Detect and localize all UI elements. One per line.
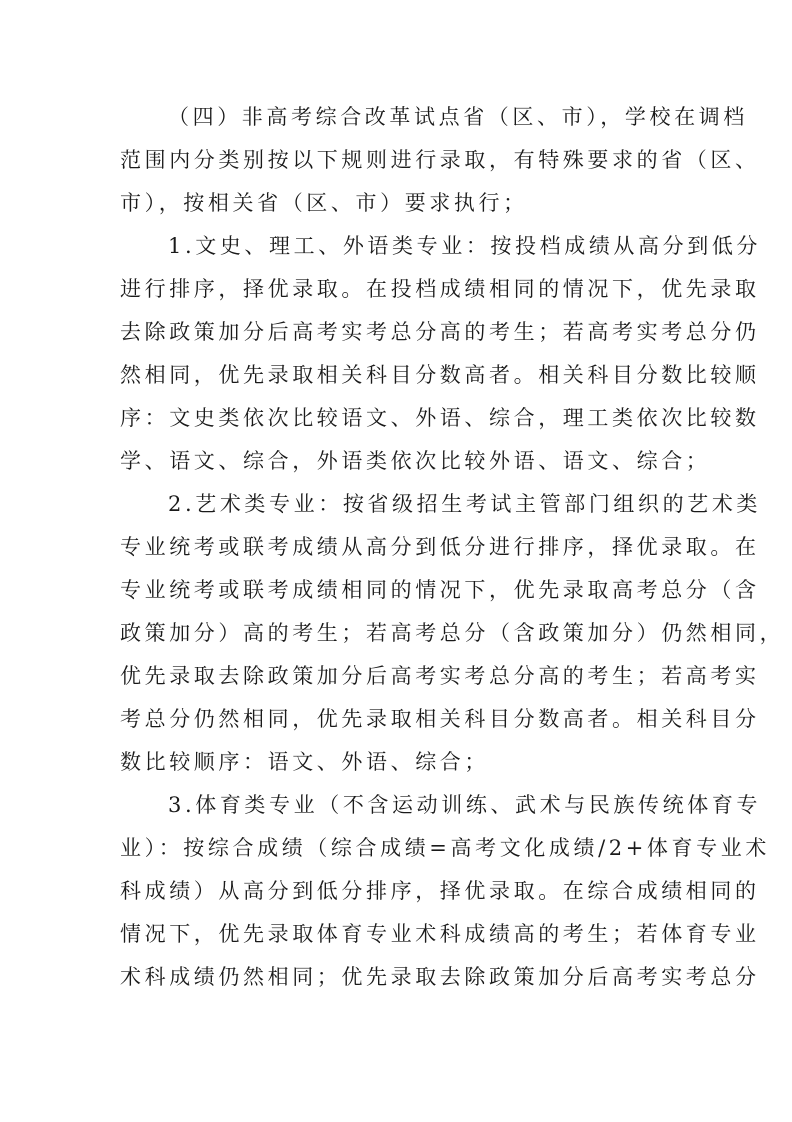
text-line: 然相同，优先录取相关科目分数高者。相关科目分数比较顺	[120, 354, 680, 397]
text-line: 科成绩）从高分到低分排序，择优录取。在综合成绩相同的	[120, 870, 680, 913]
text-line: 3.体育类专业（不含运动训练、武术与民族传统体育专	[120, 784, 680, 827]
paragraph-rule-2: 2.艺术类专业：按省级招生考试主管部门组织的艺术类 专业统考或联考成绩从高分到低…	[120, 483, 680, 784]
text-line: 术科成绩仍然相同；优先录取去除政策加分后高考实考总分	[120, 956, 680, 999]
text-line: 学、语文、综合，外语类依次比较外语、语文、综合；	[120, 440, 680, 483]
text-line: 数比较顺序：语文、外语、综合；	[120, 741, 680, 784]
text-line: 业）：按综合成绩（综合成绩=高考文化成绩/2+体育专业术	[120, 827, 680, 870]
paragraph-rule-1: 1.文史、理工、外语类专业：按投档成绩从高分到低分 进行排序，择优录取。在投档成…	[120, 225, 680, 483]
text-line: 进行排序，择优录取。在投档成绩相同的情况下，优先录取	[120, 268, 680, 311]
text-line: 优先录取去除政策加分后高考实考总分高的考生；若高考实	[120, 655, 680, 698]
text-line: 情况下，优先录取体育专业术科成绩高的考生；若体育专业	[120, 913, 680, 956]
paragraph-section-4-intro: （四）非高考综合改革试点省（区、市），学校在调档 范围内分类别按以下规则进行录取…	[120, 96, 680, 225]
text-line: 序：文史类依次比较语文、外语、综合，理工类依次比较数	[120, 397, 680, 440]
text-line: 政策加分）高的考生；若高考总分（含政策加分）仍然相同，	[120, 612, 680, 655]
paragraph-rule-3: 3.体育类专业（不含运动训练、武术与民族传统体育专 业）：按综合成绩（综合成绩=…	[120, 784, 680, 999]
document-page: （四）非高考综合改革试点省（区、市），学校在调档 范围内分类别按以下规则进行录取…	[120, 96, 680, 999]
text-line: 去除政策加分后高考实考总分高的考生；若高考实考总分仍	[120, 311, 680, 354]
text-line: 市），按相关省（区、市）要求执行；	[120, 182, 680, 225]
text-line: 1.文史、理工、外语类专业：按投档成绩从高分到低分	[120, 225, 680, 268]
text-line: （四）非高考综合改革试点省（区、市），学校在调档	[120, 96, 680, 139]
text-line: 专业统考或联考成绩从高分到低分进行排序，择优录取。在	[120, 526, 680, 569]
text-line: 范围内分类别按以下规则进行录取，有特殊要求的省（区、	[120, 139, 680, 182]
text-line: 专业统考或联考成绩相同的情况下，优先录取高考总分（含	[120, 569, 680, 612]
text-line: 考总分仍然相同，优先录取相关科目分数高者。相关科目分	[120, 698, 680, 741]
text-line: 2.艺术类专业：按省级招生考试主管部门组织的艺术类	[120, 483, 680, 526]
